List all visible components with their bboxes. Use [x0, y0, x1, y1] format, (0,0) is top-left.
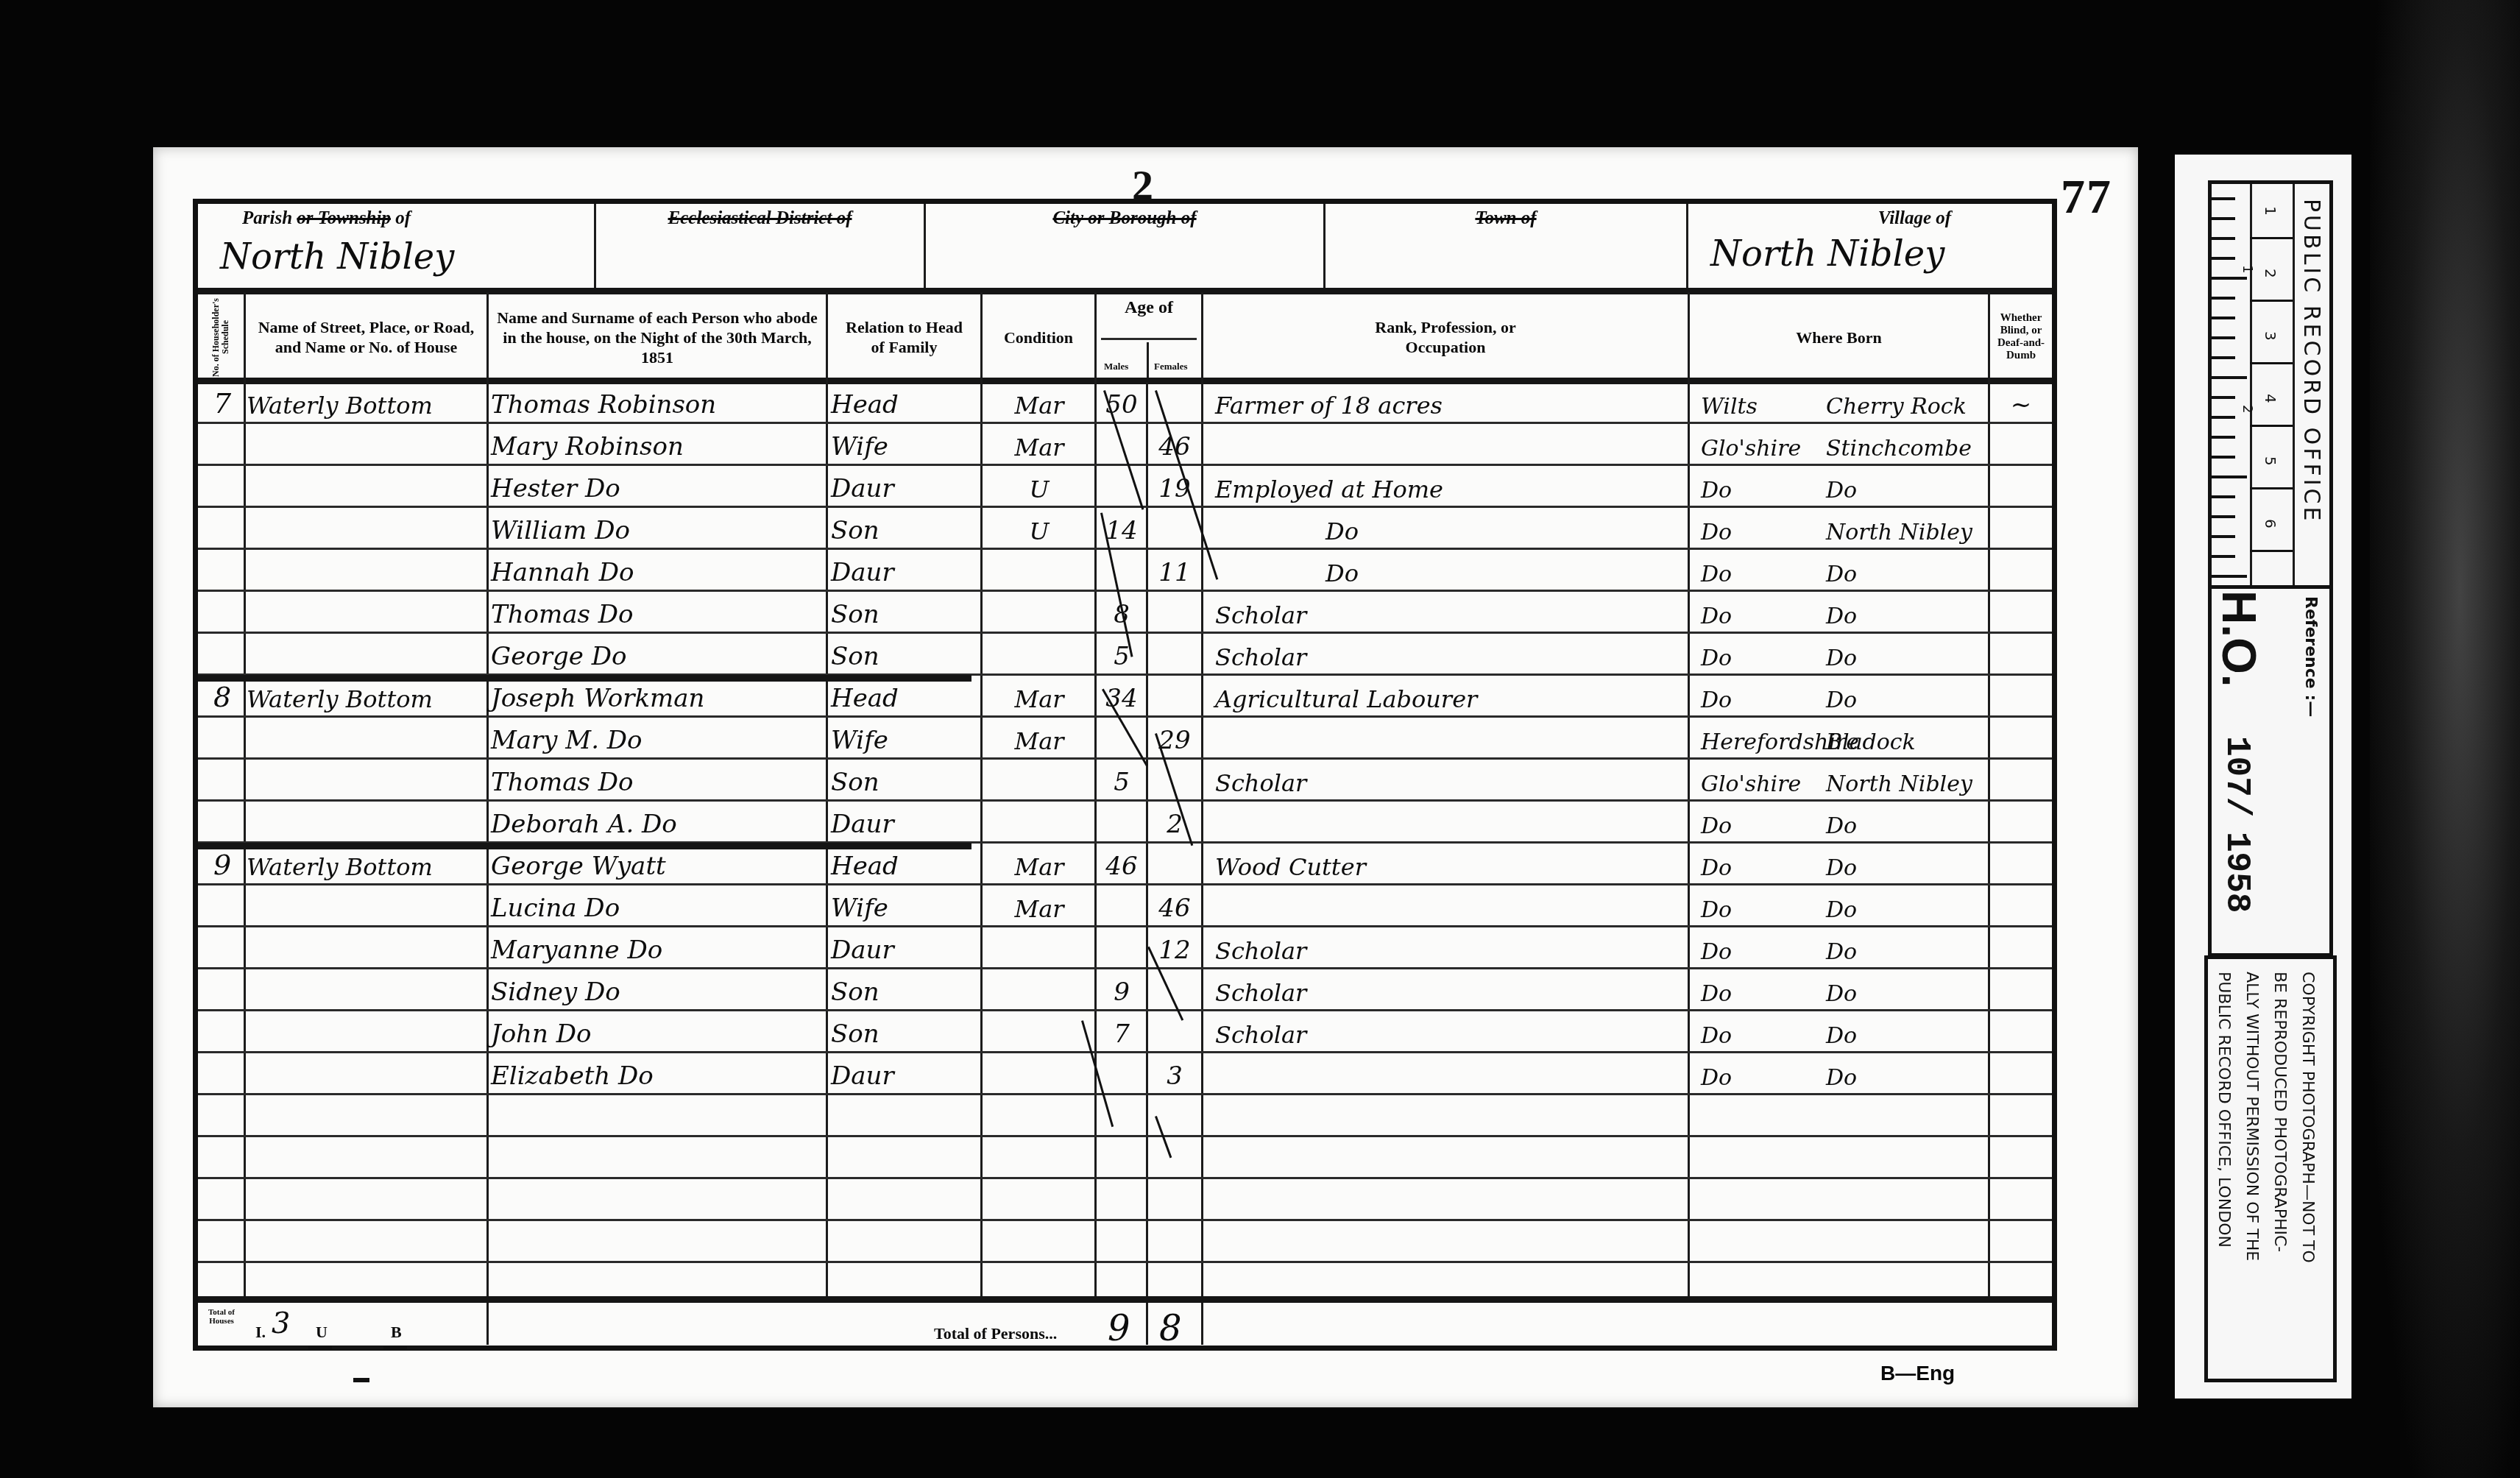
copyright-line-1: COPYRIGHT PHOTOGRAPH—NOT TO: [2298, 972, 2317, 1263]
cell-blind: [1991, 760, 2051, 802]
ruler-tick: [2212, 456, 2235, 459]
cell-schedule: [201, 550, 244, 592]
column-line: [1688, 292, 1690, 1301]
column-line: [244, 292, 246, 1301]
cell-relation: Head: [831, 382, 978, 424]
cell-condition: U: [985, 466, 1093, 508]
cell-relation: Son: [831, 969, 978, 1011]
cell-born-county: Herefordshire: [1692, 718, 1832, 760]
header-condition: Condition: [983, 292, 1094, 382]
cell-name: Thomas Robinson: [491, 382, 825, 424]
city-cell: City or Borough of: [926, 204, 1323, 292]
cell-male-age: 34: [1097, 676, 1146, 718]
ruler-cm-divider: [2250, 362, 2293, 364]
ruler-cm-number: 6: [2262, 519, 2279, 528]
cell-born-county: Do: [1692, 592, 1832, 634]
cell-born-county: Glo'shire: [1692, 760, 1832, 802]
cell-male-age: 9: [1097, 969, 1146, 1011]
header-age-of: Age of: [1097, 298, 1201, 318]
ruler-cm-number: 1: [2262, 206, 2279, 216]
ruler-cm-divider: [2250, 425, 2293, 427]
cell-name: William Do: [491, 508, 825, 550]
cell-born-place: Do: [1817, 676, 1988, 718]
cell-street: [247, 760, 486, 802]
cell-name: Thomas Do: [491, 760, 825, 802]
divider: [1147, 342, 1149, 378]
cell-name: John Do: [491, 1011, 825, 1053]
cell-condition: Mar: [985, 844, 1093, 885]
cell-name: Elizabeth Do: [491, 1053, 825, 1095]
cell-relation: Head: [831, 844, 978, 885]
ruler-tick: [2212, 475, 2247, 478]
village-value: North Nibley: [1710, 233, 1944, 275]
ruler-tick: [2212, 396, 2235, 399]
cell-blind: ~: [1991, 382, 2051, 424]
cell-born-county: Glo'shire: [1692, 424, 1832, 466]
header-females: Females: [1154, 356, 1187, 376]
village-label: Village of: [1777, 208, 2053, 229]
total-females: 8: [1159, 1308, 1182, 1349]
row-rule: [198, 1219, 2052, 1221]
cell-occupation: Do: [1208, 550, 1686, 592]
cell-relation: Son: [831, 634, 978, 676]
cell-relation: Daur: [831, 466, 978, 508]
header-blind: Whether Blind, or Deaf-and-Dumb: [1990, 292, 2052, 382]
cell-condition: Mar: [985, 382, 1093, 424]
parish-value: North Nibley: [220, 236, 454, 277]
cell-born-place: Do: [1817, 592, 1988, 634]
cell-born-county: Do: [1692, 1053, 1832, 1095]
cell-schedule: [201, 1053, 244, 1095]
cell-relation: Son: [831, 592, 978, 634]
cell-male-age: 5: [1097, 760, 1146, 802]
cell-occupation: [1208, 718, 1686, 760]
ruler-divider: [2250, 184, 2252, 585]
cell-street: Waterly Bottom: [247, 844, 486, 885]
cell-female-age: 2: [1149, 802, 1200, 844]
cell-condition: [985, 802, 1093, 844]
cell-street: [247, 508, 486, 550]
reference-label: Reference :—: [2301, 596, 2320, 717]
cell-blind: [1991, 927, 2051, 969]
cell-name: Hannah Do: [491, 550, 825, 592]
cell-female-age: 46: [1149, 885, 1200, 927]
cell-condition: Mar: [985, 676, 1093, 718]
row-rule: [198, 1261, 2052, 1263]
cell-schedule: [201, 1011, 244, 1053]
cell-street: Waterly Bottom: [247, 676, 486, 718]
ruler-tick: [2212, 356, 2235, 359]
cell-born-place: Do: [1817, 927, 1988, 969]
cell-male-age: 7: [1097, 1011, 1146, 1053]
inhabited-count: 3: [272, 1306, 290, 1340]
cell-schedule: 8: [201, 676, 244, 718]
copyright-line-4: PUBLIC RECORD OFFICE, LONDON: [2215, 972, 2233, 1248]
cell-occupation: Do: [1208, 508, 1686, 550]
cell-schedule: [201, 424, 244, 466]
column-line: [486, 292, 489, 1345]
cell-blind: [1991, 1053, 2051, 1095]
cell-blind: [1991, 676, 2051, 718]
ruler-tick: [2212, 277, 2247, 280]
cell-born-place: Do: [1817, 844, 1988, 885]
cell-condition: [985, 1011, 1093, 1053]
header-where-born: Where Born: [1690, 292, 1988, 382]
total-males: 9: [1108, 1308, 1130, 1349]
print-code: B—Eng: [1880, 1362, 1955, 1385]
cell-male-age: [1097, 550, 1146, 592]
copyright-line-3: ALLY WITHOUT PERMISSION OF THE: [2243, 972, 2261, 1261]
cell-occupation: [1208, 802, 1686, 844]
cell-name: George Do: [491, 634, 825, 676]
cell-condition: [985, 550, 1093, 592]
cell-schedule: [201, 802, 244, 844]
folio-number: 77: [2061, 169, 2112, 225]
ruler-cm-number: 4: [2262, 394, 2279, 403]
ruler-tick: [2212, 535, 2235, 538]
cell-condition: Mar: [985, 718, 1093, 760]
cell-blind: [1991, 634, 2051, 676]
ruler-tick: [2212, 436, 2235, 439]
cell-name: Mary Robinson: [491, 424, 825, 466]
cell-name: Maryanne Do: [491, 927, 825, 969]
cell-blind: [1991, 885, 2051, 927]
cell-female-age: [1149, 676, 1200, 718]
cell-born-county: Do: [1692, 969, 1832, 1011]
ruler-cm-divider: [2250, 300, 2293, 302]
cell-condition: Mar: [985, 885, 1093, 927]
ruler-cm-number: 2: [2262, 269, 2279, 278]
ruler-tick: [2212, 555, 2235, 558]
cell-condition: [985, 760, 1093, 802]
cell-name: Hester Do: [491, 466, 825, 508]
ruler-tick: [2212, 336, 2235, 339]
row-rule: [198, 1177, 2052, 1179]
ruler-cm-number: 5: [2262, 456, 2279, 466]
cell-born-place: Do: [1817, 969, 1988, 1011]
cell-born-county: Do: [1692, 550, 1832, 592]
cell-relation: Wife: [831, 885, 978, 927]
cell-born-place: Do: [1817, 466, 1988, 508]
cell-condition: U: [985, 508, 1093, 550]
inhabited-prefix: I.: [255, 1323, 266, 1342]
cell-born-county: Do: [1692, 885, 1832, 927]
ruler-divider: [2293, 184, 2295, 585]
ink-mark: [353, 1378, 369, 1382]
cell-condition: [985, 592, 1093, 634]
cell-condition: [985, 969, 1093, 1011]
cell-relation: Son: [831, 760, 978, 802]
header-street: Name of Street, Place, or Road, and Name…: [246, 292, 486, 382]
header-relation: Relation to Head of Family: [828, 292, 980, 382]
ruler-tick: [2212, 217, 2235, 220]
town-cell: Town of: [1326, 204, 1686, 292]
cell-born-place: Do: [1817, 802, 1988, 844]
ruler-cm-divider: [2250, 550, 2293, 552]
cell-born-place: Bladock: [1817, 718, 1988, 760]
cell-street: [247, 802, 486, 844]
cell-female-age: [1149, 592, 1200, 634]
cell-born-place: Cherry Rock: [1817, 382, 1988, 424]
cell-female-age: 3: [1149, 1053, 1200, 1095]
cell-born-county: Do: [1692, 466, 1832, 508]
town-label: Town of: [1326, 208, 1686, 229]
cell-blind: [1991, 592, 2051, 634]
ruler-tick: [2212, 257, 2235, 260]
cell-relation: Son: [831, 1011, 978, 1053]
ruler-tick: [2212, 197, 2235, 200]
cell-born-county: Do: [1692, 676, 1832, 718]
ruler-tick: [2212, 495, 2235, 498]
cell-female-age: 11: [1149, 550, 1200, 592]
cell-occupation: Farmer of 18 acres: [1208, 382, 1686, 424]
header-age: Age of Males Females: [1097, 292, 1201, 382]
cell-condition: [985, 634, 1093, 676]
cell-schedule: [201, 634, 244, 676]
cell-born-place: Do: [1817, 550, 1988, 592]
cell-name: Mary M. Do: [491, 718, 825, 760]
cell-street: [247, 424, 486, 466]
ruler-inch-number: 2: [2240, 405, 2255, 413]
cell-male-age: 46: [1097, 844, 1146, 885]
cell-name: George Wyatt: [491, 844, 825, 885]
cell-condition: [985, 927, 1093, 969]
header-name: Name and Surname of each Person who abod…: [489, 292, 826, 382]
cell-relation: Daur: [831, 550, 978, 592]
cell-born-place: North Nibley: [1817, 760, 1988, 802]
cell-name: Deborah A. Do: [491, 802, 825, 844]
cell-relation: Daur: [831, 927, 978, 969]
cell-street: [247, 927, 486, 969]
record-office-label: PUBLIC RECORD OFFICE 12345612 Reference …: [2175, 155, 2351, 1399]
cell-born-county: Do: [1692, 1011, 1832, 1053]
cell-street: [247, 592, 486, 634]
cell-relation: Daur: [831, 802, 978, 844]
cell-blind: [1991, 466, 2051, 508]
cell-schedule: [201, 969, 244, 1011]
cell-born-place: Do: [1817, 634, 1988, 676]
cell-relation: Wife: [831, 424, 978, 466]
cell-blind: [1991, 802, 2051, 844]
cell-born-county: Do: [1692, 508, 1832, 550]
cell-occupation: [1208, 885, 1686, 927]
cell-relation: Daur: [831, 1053, 978, 1095]
cell-schedule: [201, 508, 244, 550]
cell-born-county: Do: [1692, 927, 1832, 969]
cell-street: [247, 1011, 486, 1053]
blank-line: [332, 1346, 383, 1349]
cell-male-age: 50: [1097, 382, 1146, 424]
cell-blind: [1991, 718, 2051, 760]
cell-blind: [1991, 969, 2051, 1011]
cell-born-place: Stinchcombe: [1817, 424, 1988, 466]
cell-street: Waterly Bottom: [247, 382, 486, 424]
ruler-tick: [2212, 575, 2247, 578]
ruler-inch-number: 1: [2240, 265, 2255, 273]
cell-schedule: [201, 718, 244, 760]
cell-occupation: Scholar: [1208, 760, 1686, 802]
cell-schedule: 7: [201, 382, 244, 424]
cell-occupation: Scholar: [1208, 592, 1686, 634]
cell-name: Sidney Do: [491, 969, 825, 1011]
cell-female-age: [1149, 844, 1200, 885]
cell-street: [247, 885, 486, 927]
building-prefix: B: [391, 1323, 402, 1342]
reference-piece: 107/: [2218, 736, 2256, 817]
ruler-tick: [2212, 376, 2247, 379]
cell-street: [247, 466, 486, 508]
record-office-title: PUBLIC RECORD OFFICE: [2298, 199, 2324, 523]
cell-name: Thomas Do: [491, 592, 825, 634]
cell-schedule: [201, 760, 244, 802]
ruler-tick: [2212, 237, 2235, 240]
column-line: [1201, 292, 1203, 1345]
cell-blind: [1991, 508, 2051, 550]
cell-born-place: Do: [1817, 1053, 1988, 1095]
ruler-tick: [2212, 515, 2235, 518]
cell-born-county: Wilts: [1692, 382, 1832, 424]
cell-born-county: Do: [1692, 844, 1832, 885]
cell-condition: [985, 1053, 1093, 1095]
parish-cell: Parish or Township of North Nibley: [198, 204, 594, 292]
cell-born-place: North Nibley: [1817, 508, 1988, 550]
cell-blind: [1991, 550, 2051, 592]
cell-female-age: [1149, 634, 1200, 676]
cell-occupation: Scholar: [1208, 634, 1686, 676]
column-line: [826, 292, 828, 1301]
cell-schedule: [201, 592, 244, 634]
village-cell: Village of North Nibley: [1688, 204, 2053, 292]
ruler-cm-divider: [2250, 487, 2293, 489]
cell-street: [247, 718, 486, 760]
cell-relation: Son: [831, 508, 978, 550]
cell-occupation: Scholar: [1208, 1011, 1686, 1053]
cell-relation: Head: [831, 676, 978, 718]
header-males: Males: [1104, 356, 1128, 376]
cell-blind: [1991, 424, 2051, 466]
cell-born-county: Do: [1692, 802, 1832, 844]
ecclesiastical-cell: Ecclesiastical District of: [596, 204, 924, 292]
ruler-cm-divider: [2250, 237, 2293, 239]
cell-schedule: 9: [201, 844, 244, 885]
cell-condition: Mar: [985, 424, 1093, 466]
cell-male-age: [1097, 1053, 1146, 1095]
column-line: [1094, 292, 1097, 1301]
ecclesiastical-label: Ecclesiastical District of: [596, 208, 924, 229]
column-line: [1146, 382, 1148, 1345]
cell-street: [247, 550, 486, 592]
copyright-line-2: BE REPRODUCED PHOTOGRAPHIC-: [2271, 972, 2289, 1252]
city-label: City or Borough of: [926, 208, 1323, 229]
cell-schedule: [201, 885, 244, 927]
cell-female-age: [1149, 382, 1200, 424]
cell-occupation: Employed at Home: [1208, 466, 1686, 508]
ruler-tick: [2212, 297, 2235, 300]
cell-male-age: [1097, 927, 1146, 969]
reference-item: 1958: [2218, 832, 2256, 913]
cell-street: [247, 1053, 486, 1095]
parish-label: Parish or Township of: [242, 208, 594, 229]
cell-occupation: Agricultural Labourer: [1208, 676, 1686, 718]
ruler-tick: [2212, 416, 2235, 419]
cell-occupation: Wood Cutter: [1208, 844, 1686, 885]
header-schedule-no: No. of Householder's Schedule: [198, 292, 244, 382]
cell-name: Joseph Workman: [491, 676, 825, 718]
cell-blind: [1991, 1011, 2051, 1053]
reference-series: H.O.: [2212, 590, 2266, 687]
cell-born-place: Do: [1817, 1011, 1988, 1053]
cell-occupation: Scholar: [1208, 969, 1686, 1011]
ruler-cm-number: 3: [2262, 331, 2279, 341]
cell-street: [247, 634, 486, 676]
ruler-tick: [2212, 317, 2235, 319]
cell-street: [247, 969, 486, 1011]
census-table: Parish or Township of North Nibley Eccle…: [193, 199, 2057, 1351]
rule: [1101, 338, 1197, 340]
cell-occupation: Scholar: [1208, 927, 1686, 969]
totals-houses-label: Total of Houses: [201, 1308, 242, 1326]
cell-relation: Wife: [831, 718, 978, 760]
row-rule: [198, 1135, 2052, 1137]
cell-female-age: [1149, 1011, 1200, 1053]
cell-male-age: 5: [1097, 634, 1146, 676]
cell-born-place: Do: [1817, 885, 1988, 927]
cell-female-age: [1149, 508, 1200, 550]
rule: [198, 1296, 2052, 1303]
column-line: [1988, 292, 1990, 1301]
cell-schedule: [201, 466, 244, 508]
total-persons-label: Total of Persons...: [934, 1324, 1057, 1343]
blank-line: [270, 1346, 308, 1349]
header-occupation: Rank, Profession, or Occupation: [1203, 292, 1688, 382]
cell-male-age: [1097, 885, 1146, 927]
scan-background: [2370, 0, 2520, 1478]
cell-born-county: Do: [1692, 634, 1832, 676]
uninhabited-prefix: U: [316, 1323, 328, 1342]
cell-male-age: [1097, 802, 1146, 844]
cell-blind: [1991, 844, 2051, 885]
cell-occupation: [1208, 1053, 1686, 1095]
blank-line: [407, 1346, 460, 1349]
cell-schedule: [201, 927, 244, 969]
column-line: [980, 292, 983, 1301]
cell-occupation: [1208, 424, 1686, 466]
cell-name: Lucina Do: [491, 885, 825, 927]
